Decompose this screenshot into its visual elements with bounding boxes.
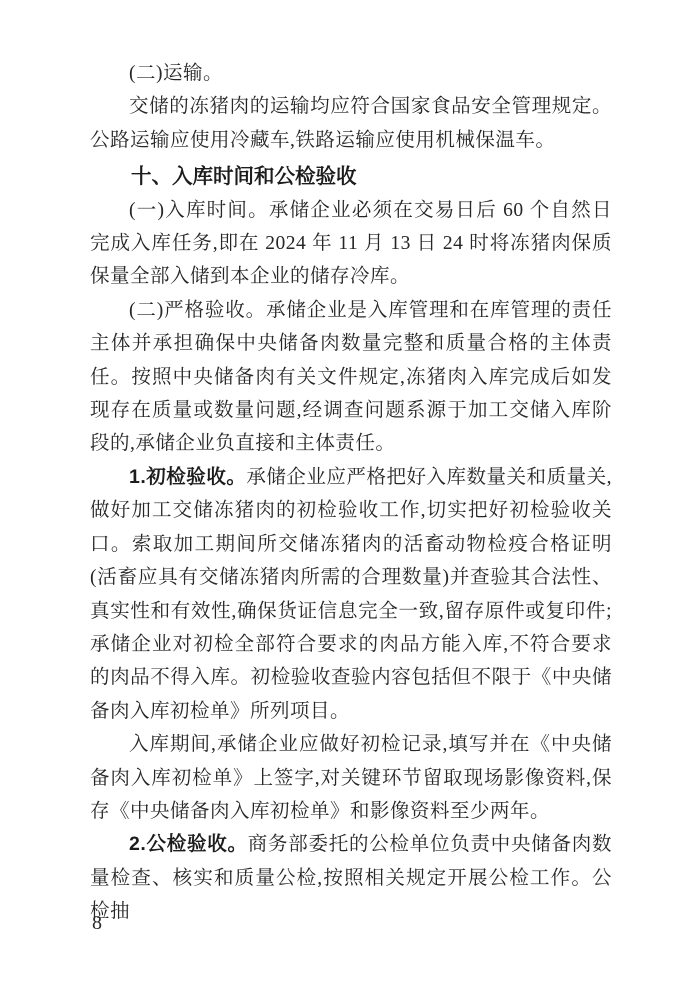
paragraph-initial-inspection-lead: 1.初检验收。 [129, 466, 246, 488]
paragraph-public-inspection: 2.公检验收。商务部委托的公检单位负责中央储备肉数量检查、核实和质量公检,按照相… [90, 828, 612, 928]
section-heading-10: 十、入库时间和公检验收 [90, 160, 612, 193]
paragraph-storage-deadline: (一)入库时间。承储企业必须在交易日后 60 个自然日完成入库任务,即在 202… [90, 194, 612, 294]
document-body: (二)运输。 交储的冻猪肉的运输均应符合国家食品安全管理规定。公路运输应使用冷藏… [90, 57, 612, 929]
paragraph-transport-label: (二)运输。 [90, 57, 612, 90]
paragraph-initial-inspection-text: 承储企业应严格把好入库数量关和质量关,做好加工交储冻猪肉的初检验收工作,切实把好… [90, 467, 612, 722]
page-number: 8 [92, 910, 102, 936]
paragraph-strict-acceptance: (二)严格验收。承储企业是入库管理和在库管理的责任主体并承担确保中央储备肉数量完… [90, 294, 612, 461]
paragraph-inspection-records: 入库期间,承储企业应做好初检记录,填写并在《中央储备肉入库初检单》上签字,对关键… [90, 728, 612, 828]
paragraph-initial-inspection: 1.初检验收。承储企业应严格把好入库数量关和质量关,做好加工交储冻猪肉的初检验收… [90, 461, 612, 728]
paragraph-transport-rules: 交储的冻猪肉的运输均应符合国家食品安全管理规定。公路运输应使用冷藏车,铁路运输应… [90, 90, 612, 157]
paragraph-public-inspection-lead: 2.公检验收。 [129, 833, 248, 855]
document-page: (二)运输。 交储的冻猪肉的运输均应符合国家食品安全管理规定。公路运输应使用冷藏… [0, 0, 700, 989]
